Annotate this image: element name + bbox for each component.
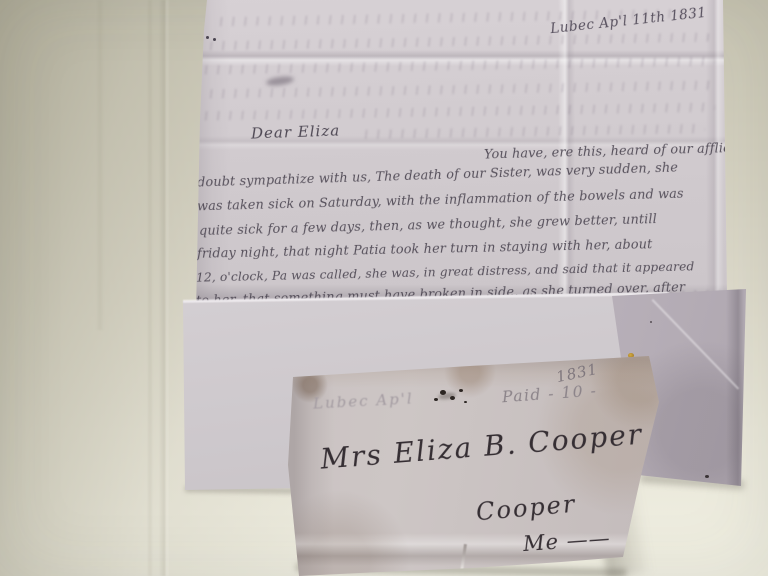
flap-speck (705, 475, 709, 478)
letter-salutation: Dear Eliza (251, 121, 341, 142)
letter-line: doubt sympathize with us, The death of o… (197, 160, 678, 190)
bleed-through-texture-row (200, 57, 715, 75)
envelope-tear (460, 544, 467, 572)
wall-crease-faint (96, 0, 104, 330)
ink-dot (206, 36, 209, 39)
bleed-through-texture-row (360, 124, 705, 139)
envelope-postmark: Lubec Ap'l (313, 389, 414, 412)
letter-line: You have, ere this, heard of our afflict… (484, 138, 768, 162)
letter-line: friday night, that night Patia took her … (197, 237, 653, 262)
envelope-address-town: Cooper (475, 490, 577, 527)
ink-blot (464, 401, 467, 403)
ink-blot (434, 398, 438, 401)
letter-line: 12, o'clock, Pa was called, she was, in … (196, 259, 695, 284)
wall-corner-crease (143, 0, 171, 576)
flap-speck (650, 321, 652, 323)
ink-blot (459, 389, 463, 392)
bleed-through-texture-row (200, 103, 715, 121)
letter-line: was taken sick on Saturday, with the inf… (197, 187, 684, 215)
photo-scene: Lubec Ap'l 11th 1831 Dear Eliza You have… (0, 0, 768, 576)
bleed-through-texture-row (205, 33, 710, 51)
envelope-address-state: Me —— (522, 526, 611, 556)
ink-smudge (266, 75, 295, 87)
envelope-postage-rate: Paid - 10 - (501, 382, 597, 407)
envelope-address-name: Mrs Eliza B. Cooper (319, 417, 644, 475)
ink-dot (213, 38, 216, 41)
letter-line: quite sick for a few days, then, as we t… (199, 212, 657, 239)
